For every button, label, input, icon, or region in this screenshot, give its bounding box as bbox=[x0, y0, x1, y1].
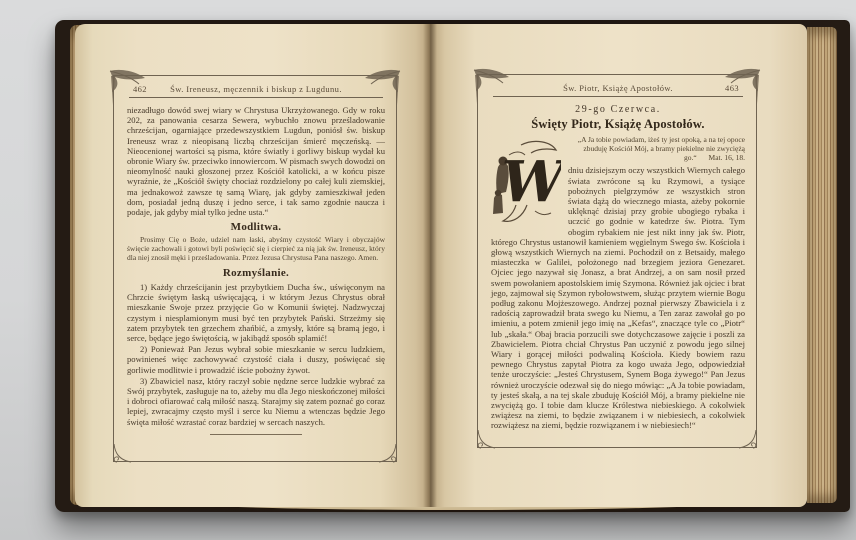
opening-block: W „A Ja tobie powiadam, iżeś ty jest opo… bbox=[491, 136, 745, 431]
left-running-header: 462 Św. Ireneusz, męczennik i biskup z L… bbox=[129, 81, 383, 98]
right-page: Św. Piotr, Książę Apostołów. 463 29-go C… bbox=[430, 24, 807, 507]
open-book: 462 Św. Ireneusz, męczennik i biskup z L… bbox=[55, 20, 850, 512]
epigraph-source: Mat. 16, 18. bbox=[699, 153, 745, 162]
left-body-paragraph: niezadługo dowód swej wiary w Chrystusa … bbox=[127, 105, 385, 217]
prayer-text: Prosimy Cię o Boże, udziel nam łaski, ab… bbox=[127, 236, 385, 263]
right-running-header-text: Św. Piotr, Książę Apostołów. bbox=[563, 83, 673, 93]
meditation-paragraph: 1) Każdy chrześcijanin jest przybytkiem … bbox=[127, 282, 385, 343]
meditation-heading: Rozmyślanie. bbox=[127, 267, 385, 279]
right-running-header: Św. Piotr, Książę Apostołów. 463 bbox=[493, 80, 743, 97]
page-edges-right bbox=[807, 27, 837, 503]
left-page-number: 462 bbox=[133, 84, 147, 94]
drop-cap-letter: W bbox=[502, 149, 561, 215]
right-page-frame: Św. Piotr, Książę Apostołów. 463 29-go C… bbox=[477, 74, 757, 448]
left-page-content: 462 Św. Ireneusz, męczennik i biskup z L… bbox=[114, 76, 396, 461]
left-page-frame: 462 Św. Ireneusz, męczennik i biskup z L… bbox=[113, 75, 397, 462]
prayer-heading: Modlitwa. bbox=[127, 221, 385, 233]
right-page-content: Św. Piotr, Książę Apostołów. 463 29-go C… bbox=[478, 75, 756, 447]
section-end-rule bbox=[210, 434, 302, 435]
meditation-paragraph: 3) Zbawiciel nasz, który raczył sobie nę… bbox=[127, 376, 385, 427]
left-page: 462 Św. Ireneusz, męczennik i biskup z L… bbox=[75, 24, 430, 507]
meditation-paragraph: 2) Ponieważ Pan Jezus wybrał sobie miesz… bbox=[127, 344, 385, 375]
photo-background: 462 Św. Ireneusz, męczennik i biskup z L… bbox=[0, 0, 856, 540]
left-running-header-text: Św. Ireneusz, męczennik i biskup z Lugdu… bbox=[170, 84, 342, 94]
right-page-number: 463 bbox=[725, 83, 739, 93]
chapter-title: Święty Piotr, Książę Apostołów. bbox=[491, 117, 745, 132]
book-gutter bbox=[423, 24, 437, 507]
drop-cap-illustration: W bbox=[491, 137, 561, 225]
feast-date: 29-go Czerwca. bbox=[491, 104, 745, 115]
